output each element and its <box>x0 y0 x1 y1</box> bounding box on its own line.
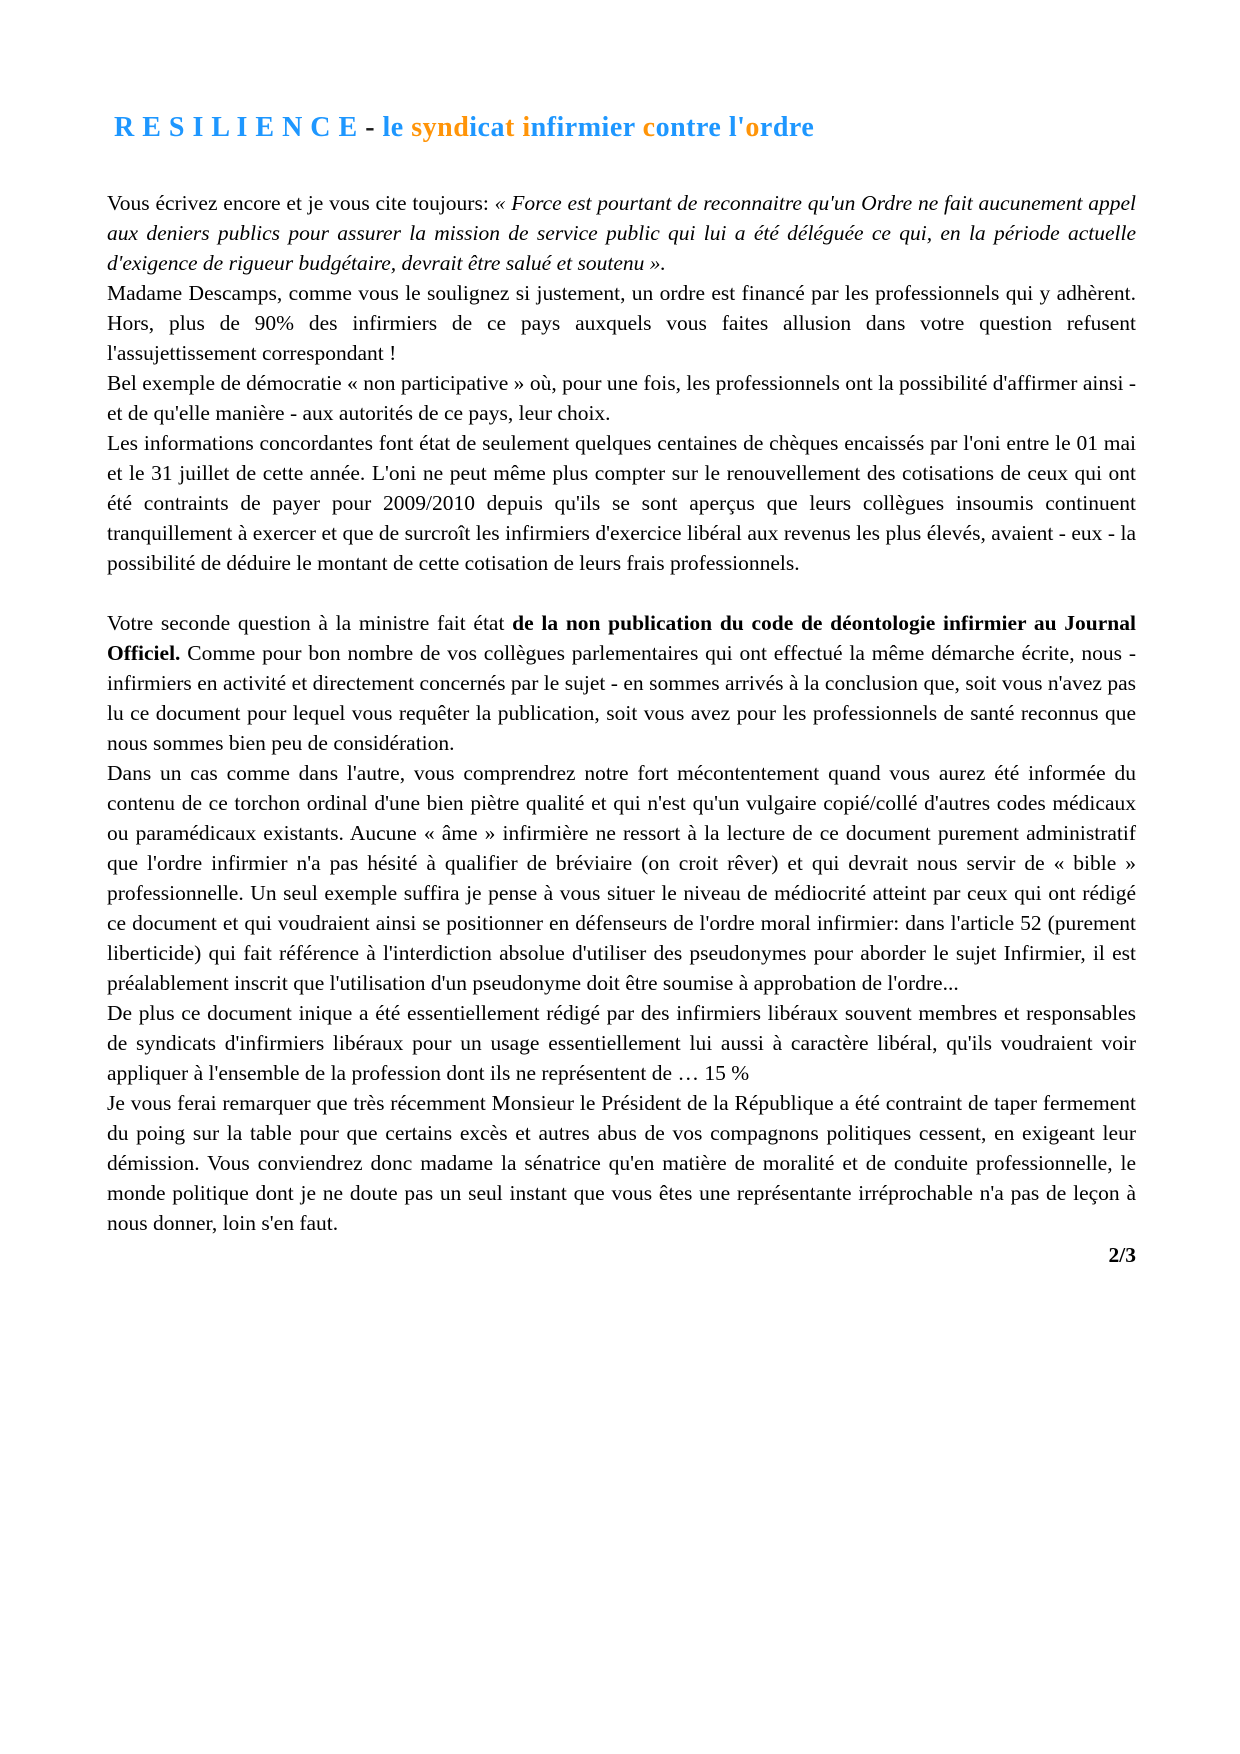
title-segment: ontre <box>656 112 729 143</box>
paragraph-informations-concordantes: Les informations concordantes font état … <box>107 428 1136 578</box>
title-segment: c <box>643 112 656 143</box>
document-body: Vous écrivez encore et je vous cite touj… <box>107 188 1136 1238</box>
paragraph-dans-un-cas: Dans un cas comme dans l'autre, vous com… <box>107 758 1136 998</box>
paragraph-je-vous-ferai: Je vous ferai remarquer que très récemme… <box>107 1088 1136 1238</box>
text-run: De plus ce document inique a été essenti… <box>107 1001 1136 1085</box>
text-run: Vous écrivez encore et je vous cite touj… <box>107 191 495 215</box>
title-segment: rdre <box>760 112 814 143</box>
document-page: R E S I L I E N C E - le syndicat infirm… <box>0 0 1240 1754</box>
title-segment: ica <box>469 112 505 143</box>
paragraph-seconde-question: Votre seconde question à la ministre fai… <box>107 608 1136 758</box>
text-run: Je vous ferai remarquer que très récemme… <box>107 1091 1136 1235</box>
text-run: Comme pour bon nombre de vos collègues p… <box>107 641 1136 755</box>
paragraph-bel-exemple: Bel exemple de démocratie « non particip… <box>107 368 1136 428</box>
text-run: Bel exemple de démocratie « non particip… <box>107 371 1136 425</box>
title-segment: i <box>522 112 530 143</box>
title-segment: t <box>505 112 522 143</box>
title-segment: le <box>383 112 412 143</box>
text-run: Madame Descamps, comme vous le soulignez… <box>107 281 1136 365</box>
title-segment: l' <box>729 112 746 143</box>
paragraph-de-plus: De plus ce document inique a été essenti… <box>107 998 1136 1088</box>
page-title: R E S I L I E N C E - le syndicat infirm… <box>0 0 1240 144</box>
title-segment-dash: - <box>365 112 382 143</box>
title-segment-resilience: R E S I L I E N C E <box>114 112 365 143</box>
paragraph-quote-intro: Vous écrivez encore et je vous cite touj… <box>107 188 1136 278</box>
paragraph-madame-descamps: Madame Descamps, comme vous le soulignez… <box>107 278 1136 368</box>
text-run: Votre seconde question à la ministre fai… <box>107 611 512 635</box>
page-number: 2/3 <box>0 1240 1136 1270</box>
title-segment: synd <box>411 112 469 143</box>
title-segment: o <box>745 112 760 143</box>
text-run: Les informations concordantes font état … <box>107 431 1136 575</box>
title-segment: nfirmier <box>531 112 643 143</box>
text-run: Dans un cas comme dans l'autre, vous com… <box>107 761 1136 995</box>
